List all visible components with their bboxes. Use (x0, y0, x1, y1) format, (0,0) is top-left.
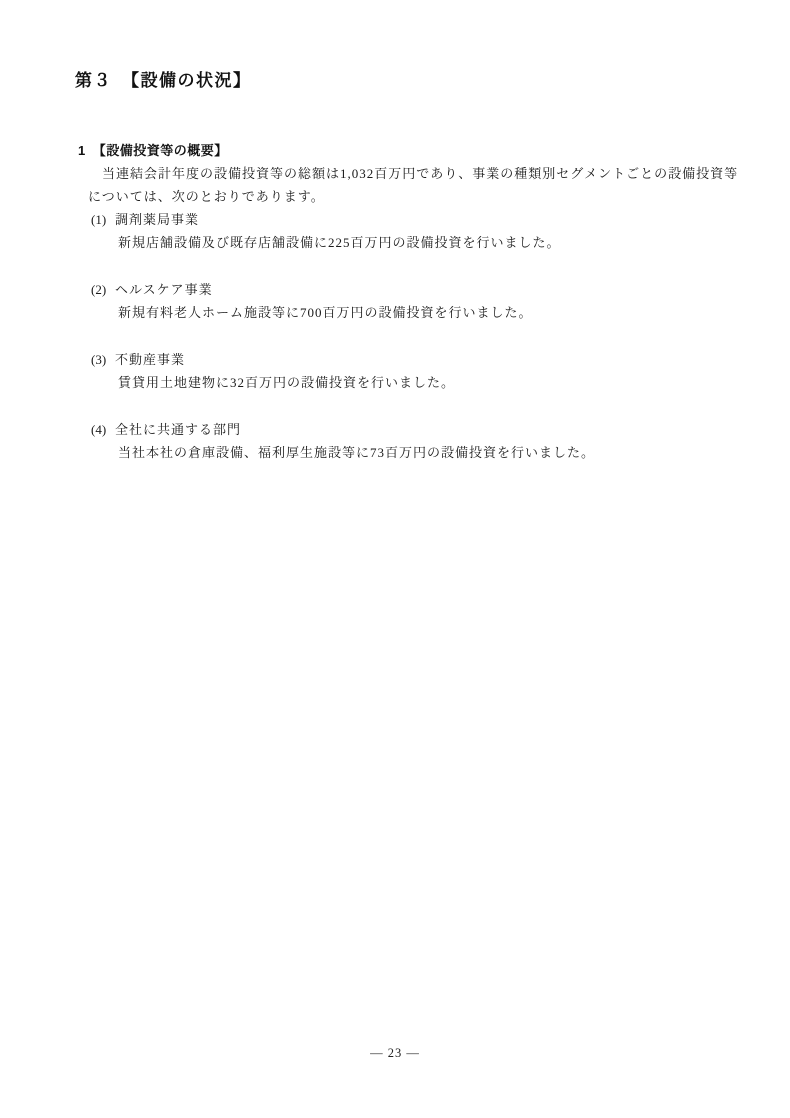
list-item-body: 賃貸用土地建物に32百万円の設備投資を行いました。 (91, 371, 455, 394)
list-item-body: 新規店舗設備及び既存店舗設備に225百万円の設備投資を行いました。 (91, 231, 561, 254)
list-item-body: 新規有料老人ホーム施設等に700百万円の設備投資を行いました。 (91, 301, 533, 324)
list-item-number: (3) (91, 348, 109, 371)
intro-paragraph: 当連結会計年度の設備投資等の総額は1,032百万円であり、事業の種類別セグメント… (88, 162, 738, 208)
list-item-number: (1) (91, 208, 109, 231)
page-title: 第３ 【設備の状況】 (75, 66, 252, 91)
document-page: 第３ 【設備の状況】 1 【設備投資等の概要】 当連結会計年度の設備投資等の総額… (0, 0, 790, 1118)
list-item-heading: (3)不動産事業 (91, 348, 455, 371)
page-number: ― 23 ― (0, 1046, 790, 1061)
list-item-title: 調剤薬局事業 (115, 212, 199, 227)
list-item: (1)調剤薬局事業 新規店舗設備及び既存店舗設備に225百万円の設備投資を行いま… (91, 208, 561, 254)
list-item-heading: (4)全社に共通する部門 (91, 418, 595, 441)
section-heading: 1 【設備投資等の概要】 (78, 140, 228, 159)
list-item: (2)ヘルスケア事業 新規有料老人ホーム施設等に700百万円の設備投資を行いまし… (91, 278, 533, 324)
list-item: (3)不動産事業 賃貸用土地建物に32百万円の設備投資を行いました。 (91, 348, 455, 394)
paragraph-line: については、次のとおりであります。 (88, 185, 738, 208)
list-item-number: (2) (91, 278, 109, 301)
list-item-heading: (2)ヘルスケア事業 (91, 278, 533, 301)
list-item-heading: (1)調剤薬局事業 (91, 208, 561, 231)
list-item-title: ヘルスケア事業 (115, 282, 213, 297)
list-item-body: 当社本社の倉庫設備、福利厚生施設等に73百万円の設備投資を行いました。 (91, 441, 595, 464)
list-item-title: 全社に共通する部門 (115, 422, 241, 437)
list-item-title: 不動産事業 (115, 352, 185, 367)
list-item-number: (4) (91, 418, 109, 441)
list-item: (4)全社に共通する部門 当社本社の倉庫設備、福利厚生施設等に73百万円の設備投… (91, 418, 595, 464)
paragraph-line: 当連結会計年度の設備投資等の総額は1,032百万円であり、事業の種類別セグメント… (88, 162, 738, 185)
